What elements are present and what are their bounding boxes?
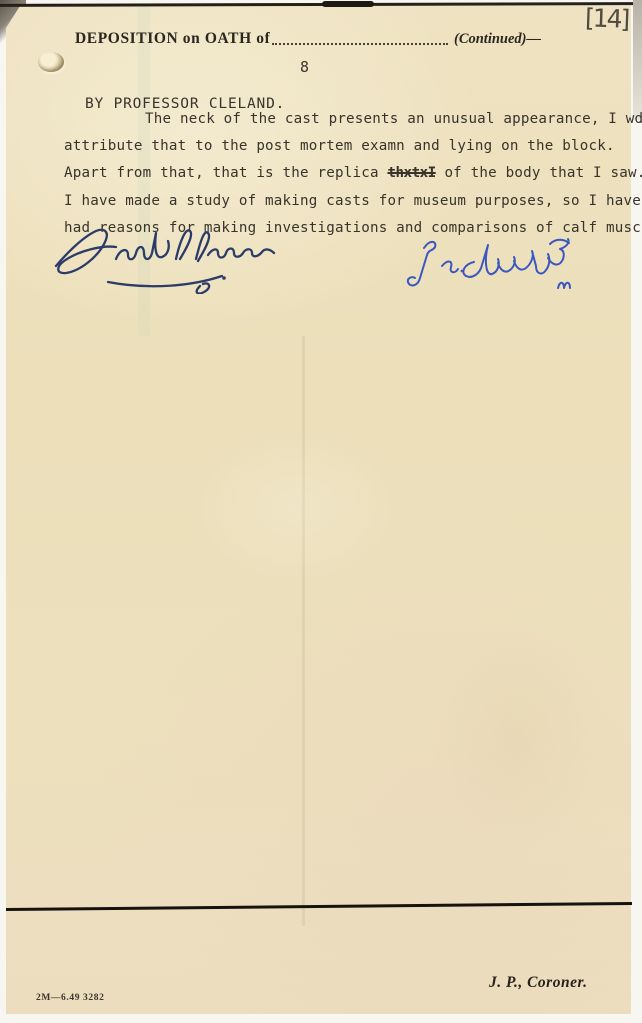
typed-page-number: 8	[300, 58, 309, 76]
paper-crease	[186, 426, 406, 586]
testimony-line: Apart from that, that is the replica thx…	[64, 160, 624, 187]
scanned-page: [14] DEPOSITION on OATH of (Continued)— …	[0, 0, 642, 1023]
testimony-line: attribute that to the post mortem examn …	[64, 133, 624, 160]
punch-hole	[38, 52, 64, 72]
coroner-label: J. P., Coroner.	[489, 974, 588, 992]
testimony-text: Apart from that, that is the replica	[64, 165, 387, 181]
witness-signature	[50, 220, 282, 294]
deposition-header: DEPOSITION on OATH of (Continued)—	[75, 30, 541, 48]
paper-stain	[426, 626, 606, 846]
page-number-stamp: [14]	[585, 3, 629, 33]
struck-out-word: thxtxI	[387, 165, 435, 181]
paper-right-edge-shadow	[633, 0, 642, 120]
printer-code: 2M—6.49 3282	[36, 993, 104, 1003]
dotted-leader-line	[272, 42, 448, 45]
professor-signature	[402, 236, 582, 300]
deposition-title: DEPOSITION on OATH of	[75, 30, 270, 48]
testimony-text: of the body that I saw.	[436, 165, 642, 181]
testimony-line: The neck of the cast presents an unusual…	[64, 106, 624, 133]
testimony-line: I have made a study of making casts for …	[64, 188, 624, 215]
continued-note: (Continued)—	[454, 31, 541, 48]
paper-crease-line	[302, 336, 305, 926]
paper-edge-fold	[322, 1, 374, 7]
